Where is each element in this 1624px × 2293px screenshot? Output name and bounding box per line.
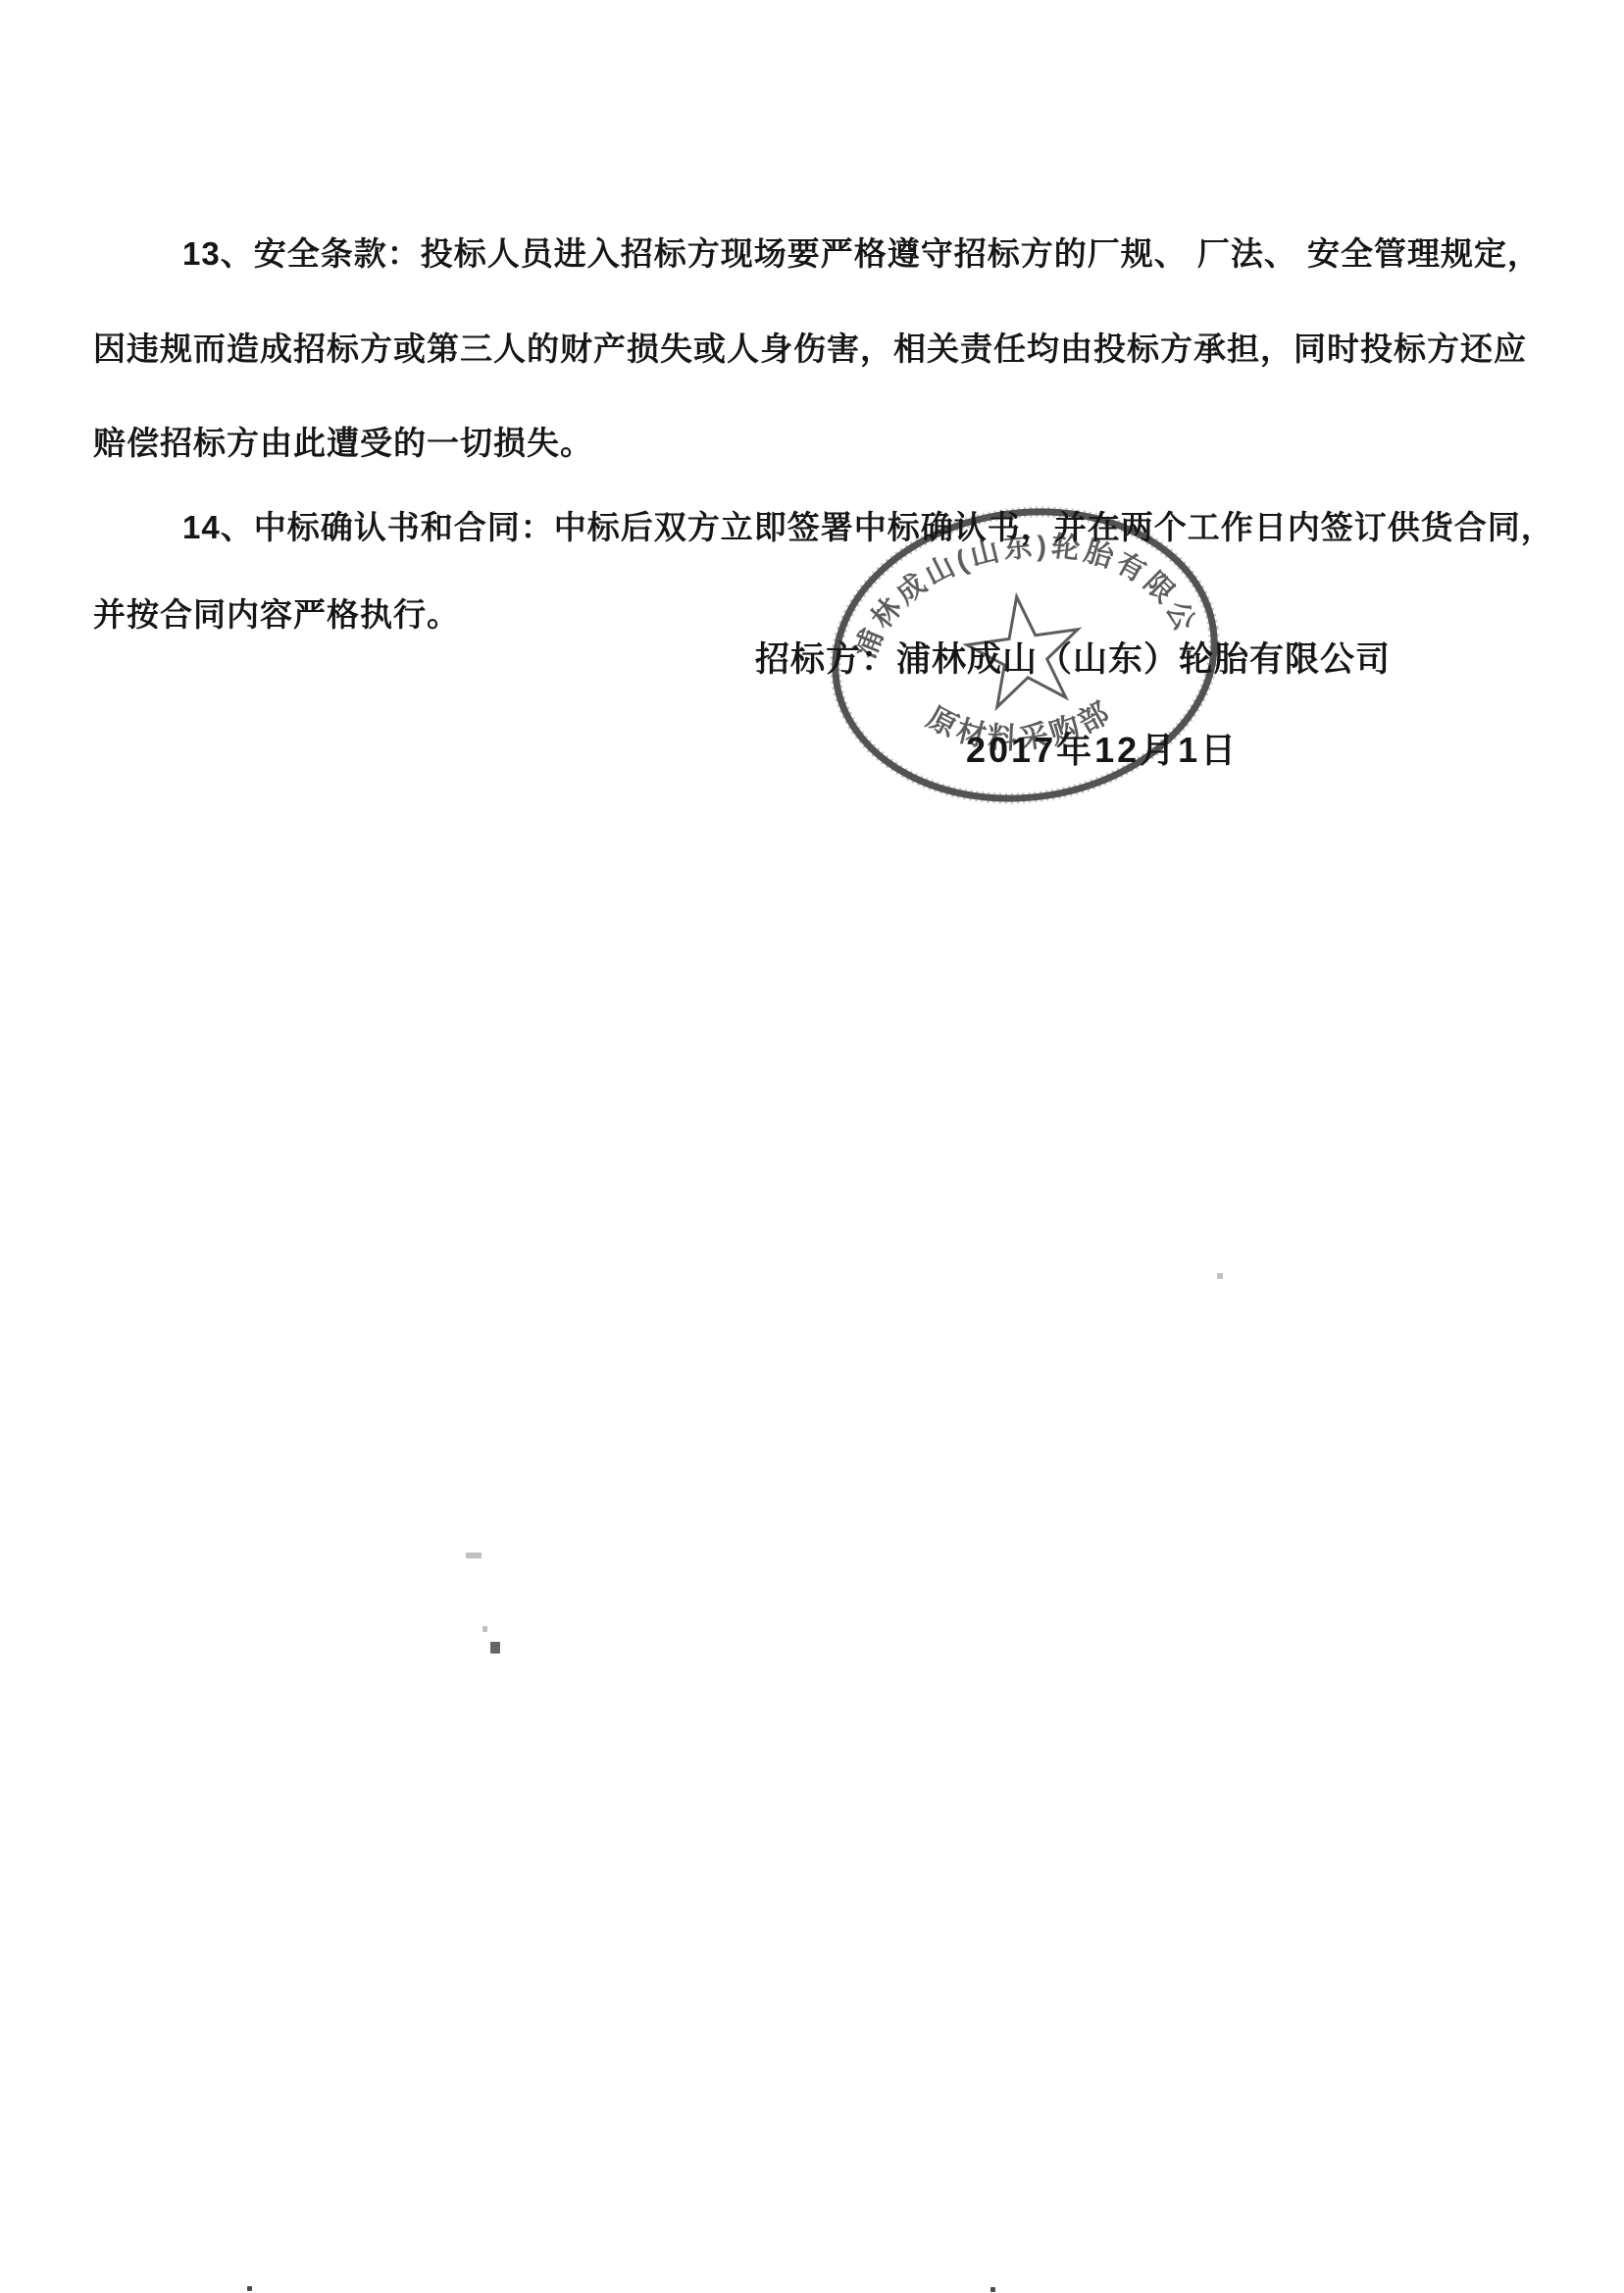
scan-speck — [1217, 1273, 1223, 1279]
scan-speck — [247, 2286, 252, 2291]
bidder-signature-line: 招标方：浦林成山（山东）轮胎有限公司 — [755, 633, 1391, 682]
scan-speck — [466, 1553, 482, 1558]
clause-13-line-2: 因违规而造成招标方或第三人的财产损失或人身伤害，相关责任均由投标方承担，同时投标… — [93, 324, 1527, 370]
signature-date: 2017年12月1日 — [966, 723, 1239, 773]
scan-speck — [482, 1626, 487, 1632]
clause-13-line-1: 13、安全条款：投标人员进入招标方现场要严格遵守招标方的厂规、 厂法、 安全管理… — [182, 229, 1541, 275]
clause-14-line-1: 14、中标确认书和合同：中标后双方立即签署中标确认书，并在两个工作日内签订供货合… — [182, 502, 1554, 548]
scan-speck — [990, 2287, 995, 2292]
scan-speck — [490, 1642, 500, 1654]
scanned-document-page: { "doc": { "clause13": { "line1": "13、安全… — [0, 0, 1624, 2293]
clause-13-line-3: 赔偿招标方由此遭受的一切损失。 — [93, 418, 593, 464]
clause-14-line-2: 并按合同内容严格执行。 — [93, 589, 460, 636]
